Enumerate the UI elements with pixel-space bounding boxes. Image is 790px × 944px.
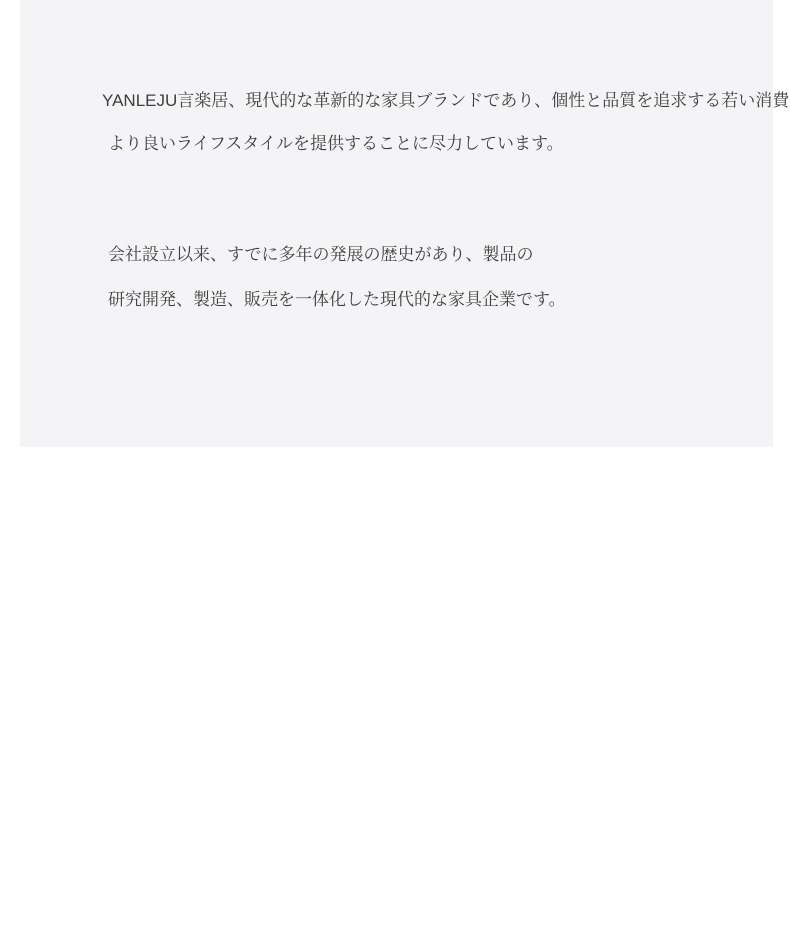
about-line-company: 研究開発、製造、販売を一体化した現代的な家具企業です。 [108, 290, 566, 310]
about-section-panel: YANLEJU言楽居、現代的な革新的な家具ブランドであり、個性と品質を追求する若… [20, 0, 773, 447]
page: { "page": { "background_color": "#ffffff… [0, 0, 790, 944]
blank-area [0, 447, 790, 944]
about-line-brand-intro: YANLEJU言楽居、現代的な革新的な家具ブランドであり、個性と品質を追求する若… [102, 91, 790, 111]
about-line-history: 会社設立以来、すでに多年の発展の歴史があり、製品の [108, 245, 534, 265]
about-line-lifestyle: より良いライフスタイルを提供することに尽力しています。 [108, 134, 564, 154]
